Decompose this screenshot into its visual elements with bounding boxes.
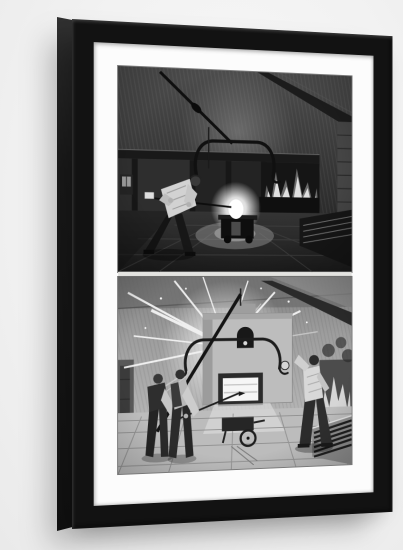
mat-board — [94, 42, 374, 506]
vignette — [118, 66, 352, 272]
engraving-panel-bottom — [118, 276, 352, 474]
engraving-artwork — [118, 66, 352, 474]
picture-frame — [72, 19, 393, 529]
vignette — [118, 276, 352, 474]
bottom-engraving-illustration — [118, 276, 352, 474]
frame-side-panel — [57, 17, 73, 531]
engraving-panel-top — [118, 66, 352, 272]
top-engraving-illustration — [118, 66, 352, 272]
product-photo — [0, 0, 403, 550]
